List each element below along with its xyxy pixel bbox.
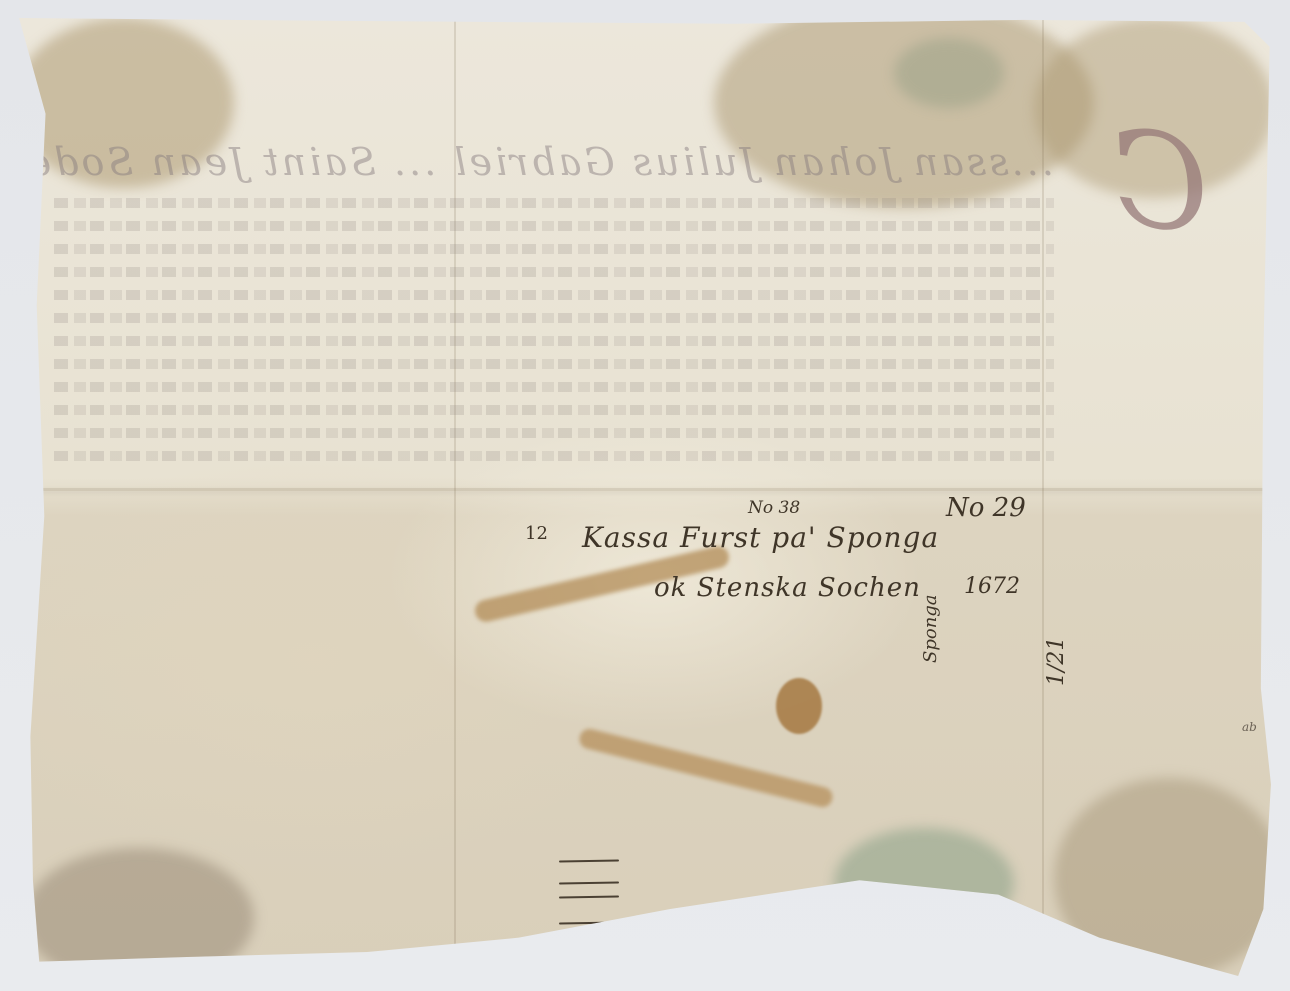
slit-mark-3 <box>559 895 619 898</box>
endorsement-line-1: Kassa Furst pa' Sponga <box>582 521 939 554</box>
endorsement-line-2: ok Stenska Sochen <box>654 573 921 603</box>
wax-seal-spot <box>776 678 822 734</box>
green-stain-top <box>894 38 1004 108</box>
parchment-document: ...ssan Johan Julius Gabriel ... Saint J… <box>14 18 1276 976</box>
endorsement-number-left: 12 <box>525 523 548 544</box>
bleedthrough-body-text <box>54 198 1054 474</box>
endorsement-number-large: No 29 <box>946 493 1026 523</box>
slit-mark-2 <box>559 881 619 884</box>
slit-mark-1 <box>559 859 619 862</box>
vertical-note-1: Sponga <box>920 594 941 663</box>
bleedthrough-heading: ...ssan Johan Julius Gabriel ... Saint J… <box>44 140 1054 184</box>
spill-bottom <box>577 727 834 809</box>
fold-line-middle <box>34 488 1274 491</box>
decorative-flourish: C <box>1100 100 1220 264</box>
margin-mark: ab <box>1242 720 1257 734</box>
endorsement-year: 1672 <box>964 574 1020 599</box>
endorsement-number-small: No 38 <box>748 498 800 518</box>
vertical-note-2: 1/21 <box>1044 637 1069 686</box>
